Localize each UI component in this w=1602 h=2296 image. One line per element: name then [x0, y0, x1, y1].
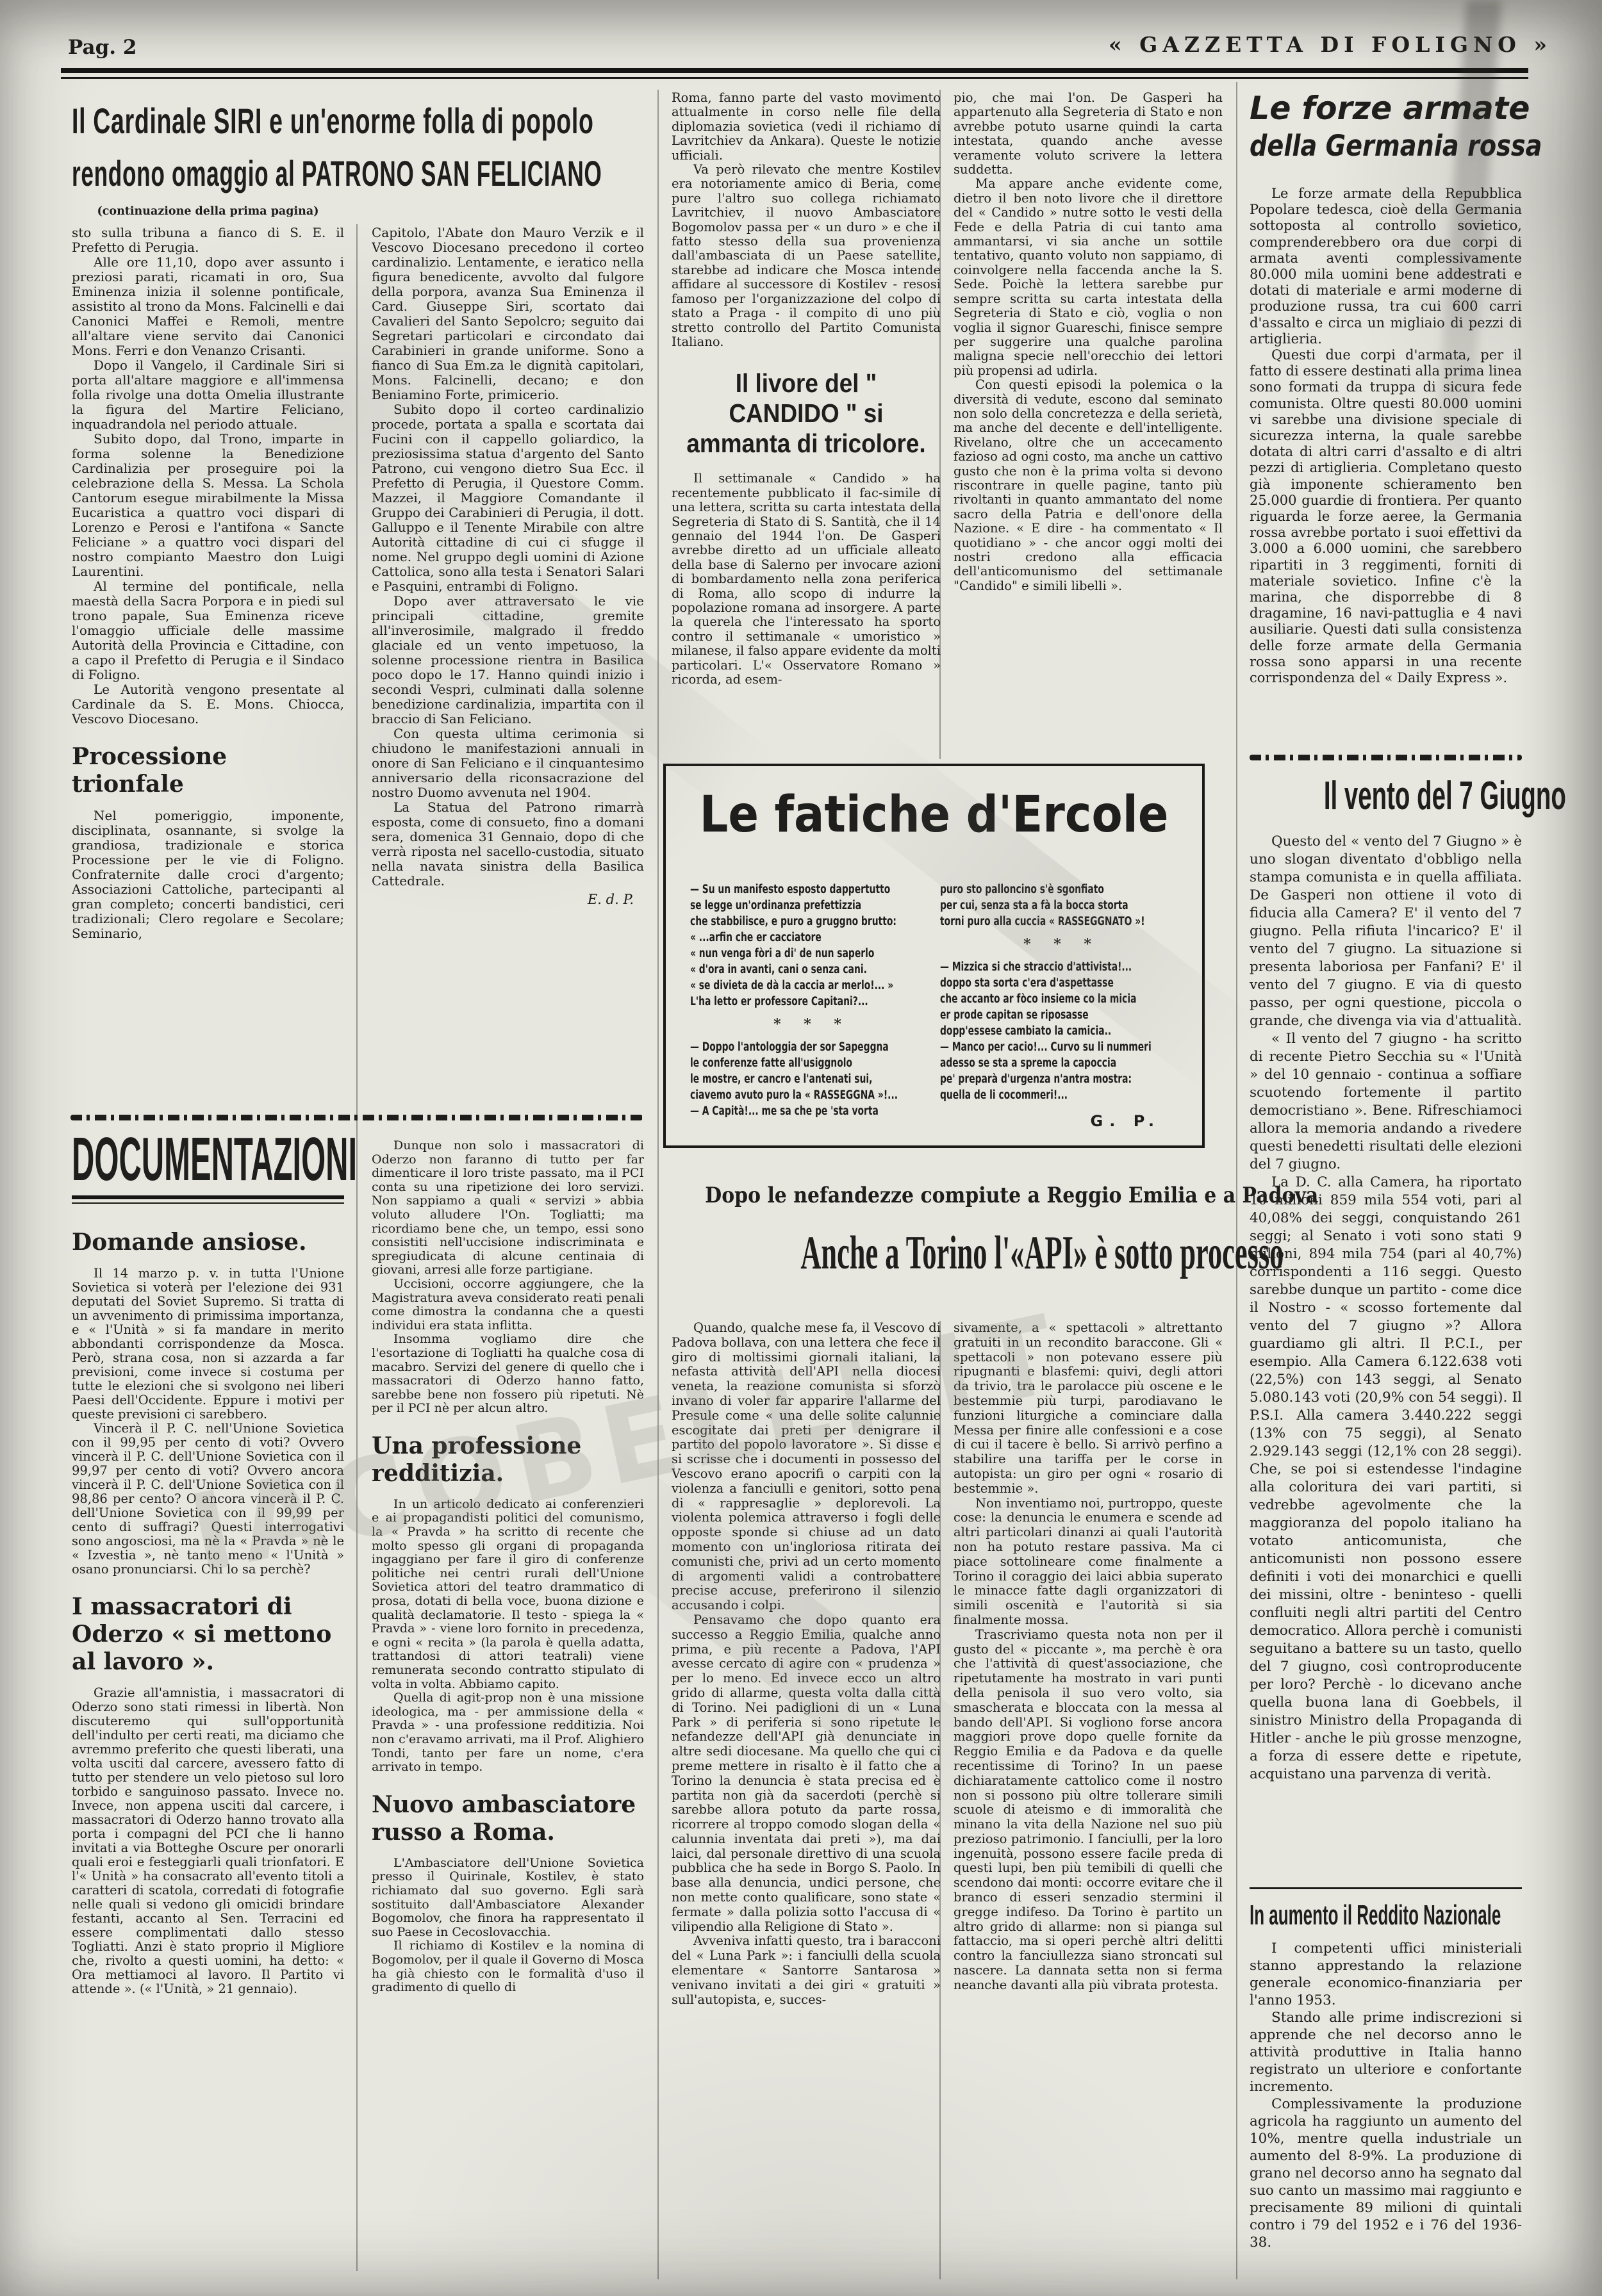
verse-line: — Doppo l'antologgia der sor Sapeggna [690, 1039, 873, 1055]
documentazioni-title: DOCUMENTAZIONI [72, 1127, 344, 1192]
verse-line: torni puro alla cuccia « RASSEGGNATO »! [940, 914, 1123, 930]
section-rule [1250, 1887, 1522, 1889]
subhead: Processione trionfale [72, 743, 344, 798]
verse-line: — A Capità!... me sa che pe 'sta vorta [690, 1103, 873, 1119]
paragraph: Non inventiamo noi, purtroppo, queste co… [954, 1496, 1223, 1628]
subhead: I massacratori di Oderzo « si mettono al… [72, 1593, 344, 1676]
paragraph: Dopo il Vangelo, il Cardinale Siri si po… [72, 358, 344, 432]
paragraph: Pensavamo che dopo quanto era successo a… [672, 1613, 941, 1935]
star-divider: * * * [690, 1016, 934, 1033]
column-rule [1236, 82, 1237, 2279]
paragraph: Vincerà il P. C. nell'Unione Sovietica c… [72, 1422, 344, 1577]
siri-article-column-2: Capitolo, l'Abate don Mauro Verzik e il … [372, 225, 644, 1117]
reddito-body: I competenti uffici ministeriali stanno … [1250, 1940, 1522, 2283]
verse-line: ciavemo avuto puro la « RASSEGGNA »!... [690, 1087, 873, 1103]
documentazioni-column-1: Domande ansiose.Il 14 marzo p. v. in tut… [72, 1212, 344, 2270]
documentazioni-title-rule [72, 1195, 344, 1204]
verse-line: pe' preparà d'urgenza n'antra mostra: [940, 1071, 1123, 1087]
paragraph: sto sulla tribuna a fianco di S. E. il P… [72, 225, 344, 255]
paragraph: pio, che mai l'on. De Gasperi ha apparte… [954, 91, 1223, 177]
paragraph: Questo del « vento del 7 Giugno » è uno … [1250, 833, 1522, 1030]
forze-armate-body: Le forze armate della Repubblica Popolar… [1250, 186, 1522, 734]
newspaper-page: Pag. 2 « GAZZETTA DI FOLIGNO » Il Cardin… [0, 0, 1602, 2296]
header-rule [61, 68, 1528, 79]
paragraph: L'Ambasciatore dell'Unione Sovietica pre… [372, 1857, 644, 1940]
paragraph: Trascriviamo questa nota non per il gust… [954, 1628, 1223, 1993]
forze-armate-headline: Le forze armate della Germania rossa [1250, 88, 1522, 164]
paragraph: Il settimanale « Candido » ha recentemen… [672, 471, 941, 687]
verse-line: le conferenze fatte all'usiggnolo [690, 1055, 873, 1071]
fatiche-ercole-right-column: puro sto palloncino s'è sgonfiatoper cui… [940, 881, 1184, 1130]
continuation-note: (continuazione della prima pagina) [72, 205, 344, 218]
verse-line: che stabbilisce, e puro a gruggno brutto… [690, 914, 873, 930]
verse-line: puro sto palloncino s'è sgonfiato [940, 881, 1123, 898]
paragraph: Dopo aver attraversato le vie principali… [372, 594, 644, 726]
paragraph: Complessivamente la produzione agricola … [1250, 2095, 1522, 2251]
paragraph: La D. C. alla Camera, ha riportato 10 mi… [1250, 1174, 1522, 1783]
paragraph: I competenti uffici ministeriali stanno … [1250, 1940, 1522, 2009]
subhead: Nuovo ambasciatore russo a Roma. [372, 1791, 644, 1846]
paragraph: « Il vento del 7 giugno - ha scritto di … [1250, 1030, 1522, 1174]
vento-body: Questo del « vento del 7 Giugno » è uno … [1250, 833, 1522, 1877]
headline-line: Il Cardinale SIRI e un'enorme folla di p… [72, 95, 594, 147]
subhead: Una professione redditizia. [372, 1432, 644, 1488]
signature: G. P. [940, 1112, 1184, 1130]
torino-article-kicker: Dopo le nefandezze compiute a Reggio Emi… [663, 1183, 1205, 1208]
reddito-headline: In aumento il Reddito Nazionale [1250, 1898, 1522, 1933]
fatiche-ercole-left-column: — Su un manifesto esposto dappertuttose … [690, 881, 934, 1119]
paragraph: Il 14 marzo p. v. in tutta l'Unione Sovi… [72, 1267, 344, 1422]
paragraph: Insomma vogliamo dire che l'esortazione … [372, 1332, 644, 1416]
paragraph: Va però rilevato che mentre Kostilev era… [672, 163, 941, 349]
siri-article-headline: Il Cardinale SIRI e un'enorme folla di p… [72, 95, 639, 200]
subhead: Domande ansiose. [72, 1229, 344, 1256]
paragraph: Al termine del pontificale, nella maestà… [72, 579, 344, 682]
candido-column-1: Roma, fanno parte del vasto movimento at… [672, 91, 941, 761]
paragraph: Con questi episodi la polemica o la dive… [954, 378, 1223, 593]
paragraph: Avveniva infatti questo, tra i baracconi… [672, 1934, 941, 2007]
siri-article-column-1: sto sulla tribuna a fianco di S. E. il P… [72, 225, 344, 1092]
verse-line: le mostre, er cancro e l'antenati sui, [690, 1071, 873, 1087]
paragraph: Le Autorità vengono presentate al Cardin… [72, 682, 344, 726]
torino-article-column-1: Quando, qualche mese fa, il Vescovo di P… [672, 1321, 941, 2279]
verse-line: er prode capitan se riposasse [940, 1007, 1123, 1023]
column-rule [356, 224, 358, 2271]
torino-article-column-2: sivamente, a « spettacoli » altrettanto … [954, 1321, 1223, 2279]
headline-line: rendono omaggio al PATRONO SAN FELICIANO [72, 147, 602, 200]
candido-column-2: pio, che mai l'on. De Gasperi ha apparte… [954, 91, 1223, 761]
paragraph: Nel pomeriggio, imponente, disciplinata,… [72, 808, 344, 941]
verse-line: doppo sta sorta c'era d'aspettasse [940, 975, 1123, 991]
paragraph: Capitolo, l'Abate don Mauro Verzik e il … [372, 225, 644, 402]
verse-line: L'ha letto er professore Capitani?... [690, 994, 873, 1010]
verse-line: « d'ora in avanti, cani o senza cani. [690, 962, 873, 978]
column-rule [657, 90, 659, 2279]
paragraph: Uccisioni, occorre aggiungere, che la Ma… [372, 1277, 644, 1332]
paragraph: Subito dopo il corteo cardinalizio proce… [372, 402, 644, 594]
verse-line: per cui, senza sta a fà la bocca storta [940, 898, 1123, 914]
paragraph: Grazie all'amnistia, i massacratori di O… [72, 1686, 344, 1996]
paragraph: Quando, qualche mese fa, il Vescovo di P… [672, 1321, 941, 1613]
verse-line: adesso se sta a spreme la capoccia [940, 1055, 1123, 1071]
verse-line: « se divieta de dà la caccia ar merlo!..… [690, 978, 873, 994]
paragraph: Quella di agit-prop non è una missione i… [372, 1691, 644, 1775]
decorative-dotted-rule [70, 1115, 643, 1120]
paragraph: Roma, fanno parte del vasto movimento at… [672, 91, 941, 163]
paragraph: In un articolo dedicato ai conferenzieri… [372, 1498, 644, 1691]
paragraph: sivamente, a « spettacoli » altrettanto … [954, 1321, 1223, 1496]
paragraph: Dunque non solo i massacratori di Oderzo… [372, 1139, 644, 1277]
verse-line: dopp'essese cambiato la camicia.. [940, 1023, 1123, 1039]
page-number: Pag. 2 [68, 36, 136, 59]
verse-line: — Mizzica si che straccio d'attivista!..… [940, 959, 1123, 975]
paragraph: Con questa ultima cerimonia si chiudono … [372, 726, 644, 800]
paragraph: Le forze armate della Repubblica Popolar… [1250, 186, 1522, 347]
fatiche-ercole-box: Le fatiche d'Ercole — Su un manifesto es… [663, 764, 1205, 1148]
verse-line: — Su un manifesto esposto dappertutto [690, 881, 873, 898]
subhead: ammanta di tricolore. [685, 429, 927, 459]
documentazioni-column-2: Dunque non solo i massacratori di Oderzo… [372, 1139, 644, 2279]
masthead-title: « GAZZETTA DI FOLIGNO » [1109, 32, 1519, 57]
star-divider: * * * [940, 936, 1184, 953]
verse-line: se legge un'ordinanza prefettizzia [690, 898, 873, 914]
fatiche-ercole-title: Le fatiche d'Ercole [666, 788, 1202, 842]
paragraph: Il richiamo di Kostilev e la nomina di B… [372, 1939, 644, 1994]
verse-line: quella de li cocommeri!... [940, 1087, 1123, 1103]
torino-article-headline: Anche a Torino l'«API» è sotto processo [640, 1222, 1206, 1284]
paragraph: Subito dopo, dal Trono, imparte in forma… [72, 432, 344, 579]
headline-line: Le forze armate [1250, 88, 1530, 128]
paragraph: Questi due corpi d'armata, per il fatto … [1250, 347, 1522, 686]
verse-line: — Manco per cacio!... Curvo su li nummer… [940, 1039, 1123, 1055]
paragraph: Alle ore 11,10, dopo aver assunto i prez… [72, 255, 344, 358]
verse-line: « nun venga fòri a di' de nun saperlo [690, 946, 873, 962]
verse-line: « ...arfin che er cacciatore [690, 930, 873, 946]
subhead: Il livore del " CANDIDO " si [685, 368, 927, 429]
signature: E. d. P. [372, 892, 644, 907]
headline-line: della Germania rossa [1250, 128, 1542, 164]
paragraph: Stando alle prime indiscrezioni si appre… [1250, 2009, 1522, 2095]
verse-line: che accanto ar fòco insieme co la micia [940, 991, 1123, 1007]
vento-headline: Il vento del 7 Giugno [1250, 771, 1522, 821]
paragraph: La Statua del Patrono rimarrà esposta, c… [372, 800, 644, 889]
decorative-dotted-rule [1250, 755, 1522, 760]
paragraph: Ma appare anche evidente come, dietro il… [954, 177, 1223, 378]
